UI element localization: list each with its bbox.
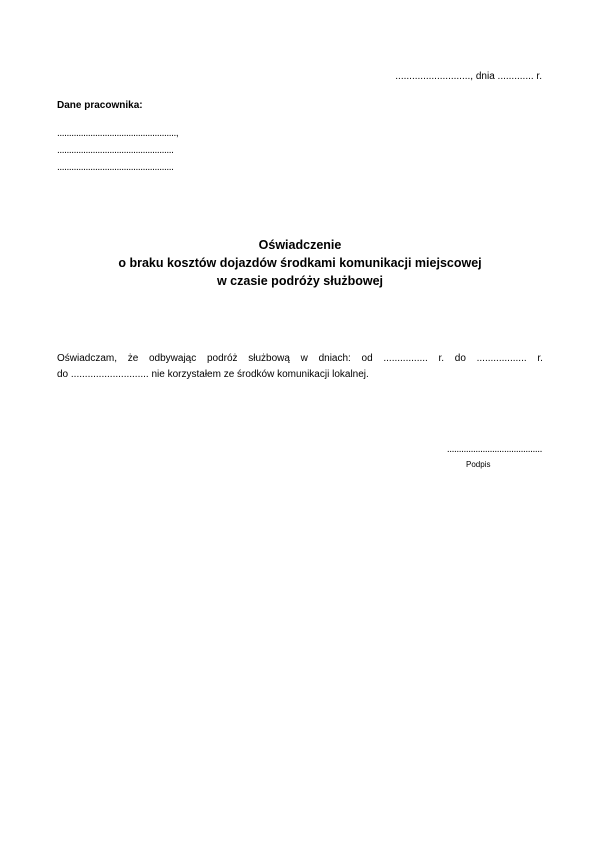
declaration-word: że: [128, 351, 139, 367]
declaration-word: ..................: [477, 351, 527, 367]
document-title: Oświadczenie o braku kosztów dojazdów śr…: [0, 236, 600, 290]
declaration-word: służbową: [248, 351, 290, 367]
title-line-3: w czasie podróży służbowej: [0, 272, 600, 290]
title-line-1: Oświadczenie: [0, 236, 600, 254]
declaration-word: od: [362, 351, 373, 367]
declaration-word: r.: [439, 351, 445, 367]
title-line-2: o braku kosztów dojazdów środkami komuni…: [0, 254, 600, 272]
declaration-word: odbywając: [149, 351, 196, 367]
declaration-word: dniach:: [319, 351, 351, 367]
declaration-word: podróż: [207, 351, 238, 367]
employee-line-2: ........................................…: [57, 145, 174, 156]
declaration-word: do: [455, 351, 466, 367]
employee-line-3: ........................................…: [57, 162, 174, 173]
declaration-word: ................: [383, 351, 427, 367]
declaration-word: Oświadczam,: [57, 351, 117, 367]
declaration-row-2: do ............................ nie korz…: [57, 367, 543, 383]
declaration-body: Oświadczam,żeodbywającpodróżsłużbowąwdni…: [57, 351, 543, 383]
declaration-word: r.: [537, 351, 543, 367]
employee-data-label: Dane pracownika:: [57, 100, 143, 111]
place-date-line: ..........................., dnia ......…: [395, 71, 542, 82]
employee-line-1: ........................................…: [57, 128, 178, 139]
declaration-row-1: Oświadczam,żeodbywającpodróżsłużbowąwdni…: [57, 351, 543, 367]
signature-line: ........................................: [447, 444, 542, 455]
declaration-word: w: [301, 351, 308, 367]
signature-label: Podpis: [466, 460, 490, 469]
